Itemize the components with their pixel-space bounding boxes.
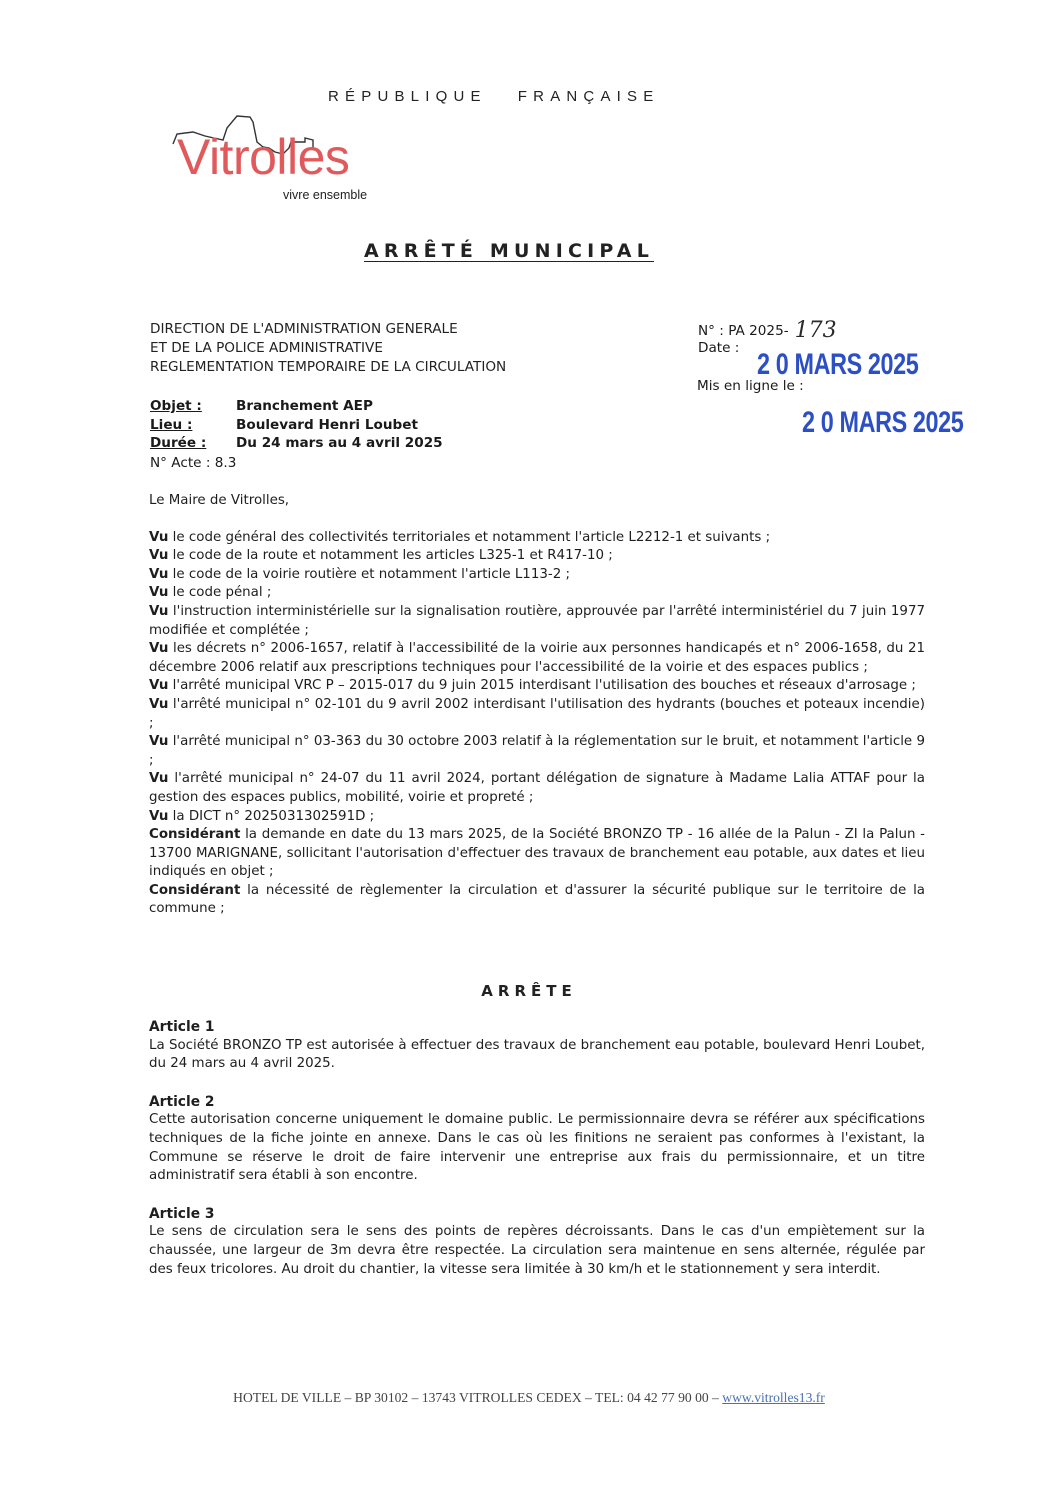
article-title: Article 2 (149, 1093, 925, 1112)
lieu-row: Lieu : Boulevard Henri Loubet (150, 416, 443, 435)
visa-lead: Vu (149, 585, 168, 600)
visa-item: Vu l'arrêté municipal n° 02-101 du 9 avr… (149, 696, 925, 733)
visa-text: l'arrêté municipal n° 24-07 du 11 avril … (149, 771, 925, 805)
acte-number: N° Acte : 8.3 (150, 455, 236, 471)
article-text: Cette autorisation concerne uniquement l… (149, 1111, 925, 1185)
visa-text: le code de la voirie routière et notamme… (168, 567, 570, 582)
salutation: Le Maire de Vitrolles, (149, 492, 925, 511)
visa-lead: Vu (149, 771, 168, 786)
arrete-number-handwritten: 173 (795, 318, 837, 343)
visa-item: Vu les décrets n° 2006-1657, relatif à l… (149, 640, 925, 677)
visa-item: Considérant la nécessité de règlementer … (149, 882, 925, 919)
mis-en-ligne-stamp: 2 0 MARS 2025 (802, 406, 963, 440)
visa-lead: Considérant (149, 883, 240, 898)
logo-tagline: vivre ensemble (283, 188, 367, 202)
objet-label: Objet : (150, 398, 202, 414)
visa-item: Vu l'arrêté municipal n° 24-07 du 11 avr… (149, 770, 925, 807)
vitrolles-logo: Vitrolles vivre ensemble (165, 112, 415, 207)
visa-item: Vu le code de la voirie routière et nota… (149, 566, 925, 585)
visas-list: Vu le code général des collectivités ter… (149, 529, 925, 919)
visa-item: Vu le code pénal ; (149, 584, 925, 603)
visa-text: les décrets n° 2006-1657, relatif à l'ac… (149, 641, 925, 675)
date-stamp: 2 0 MARS 2025 (757, 348, 918, 382)
article-title: Article 3 (149, 1205, 925, 1224)
visa-lead: Considérant (149, 827, 240, 842)
objet-value: Branchement AEP (236, 397, 373, 416)
visa-item: Vu l'arrêté municipal n° 03-363 du 30 oc… (149, 733, 925, 770)
visa-lead: Vu (149, 548, 168, 563)
objet-row: Objet : Branchement AEP (150, 397, 443, 416)
visa-lead: Vu (149, 530, 168, 545)
duree-row: Durée : Du 24 mars au 4 avril 2025 (150, 434, 443, 453)
republique-francaise-heading: RÉPUBLIQUE FRANÇAISE (328, 88, 659, 105)
direction-line: REGLEMENTATION TEMPORAIRE DE LA CIRCULAT… (150, 358, 506, 377)
visa-text: la DICT n° 2025031302591D ; (168, 809, 374, 824)
direction-line: DIRECTION DE L'ADMINISTRATION GENERALE (150, 320, 506, 339)
arrete-heading: ARRÊTE (0, 982, 1058, 1000)
visa-lead: Vu (149, 604, 168, 619)
footer: HOTEL DE VILLE – BP 30102 – 13743 VITROL… (0, 1390, 1058, 1406)
visa-lead: Vu (149, 734, 168, 749)
visa-lead: Vu (149, 567, 168, 582)
visa-item: Vu l'arrêté municipal VRC P – 2015-017 d… (149, 677, 925, 696)
article-text: Le sens de circulation sera le sens des … (149, 1223, 925, 1279)
visa-text: le code général des collectivités territ… (168, 530, 770, 545)
visa-item: Vu l'instruction interministérielle sur … (149, 603, 925, 640)
visa-lead: Vu (149, 809, 168, 824)
website-link[interactable]: www.vitrolles13.fr (722, 1390, 825, 1405)
lieu-label: Lieu : (150, 417, 192, 433)
lieu-value: Boulevard Henri Loubet (236, 416, 418, 435)
visa-text: l'arrêté municipal n° 02-101 du 9 avril … (149, 697, 925, 731)
duree-value: Du 24 mars au 4 avril 2025 (236, 434, 443, 453)
visa-text: l'instruction interministérielle sur la … (149, 604, 925, 638)
visa-item: Vu la DICT n° 2025031302591D ; (149, 808, 925, 827)
meta-block: Objet : Branchement AEP Lieu : Boulevard… (150, 397, 443, 453)
preamble: Le Maire de Vitrolles, Vu le code généra… (149, 492, 925, 919)
visa-text: l'arrêté municipal VRC P – 2015-017 du 9… (168, 678, 916, 693)
logo-wordmark: Vitrolles (177, 132, 349, 182)
visa-text: la demande en date du 13 mars 2025, de l… (149, 827, 925, 879)
visa-item: Vu le code de la route et notamment les … (149, 547, 925, 566)
arrete-number-label: N° : PA 2025- (698, 323, 789, 339)
direction-line: ET DE LA POLICE ADMINISTRATIVE (150, 339, 506, 358)
document-title: ARRÊTÉ MUNICIPAL (364, 240, 654, 262)
visa-text: la nécessité de règlementer la circulati… (149, 883, 925, 917)
visa-lead: Vu (149, 697, 168, 712)
articles-list: Article 1La Société BRONZO TP est autori… (149, 1018, 925, 1298)
date-label: Date : (698, 340, 739, 356)
article-title: Article 1 (149, 1018, 925, 1037)
footer-address: HOTEL DE VILLE – BP 30102 – 13743 VITROL… (233, 1390, 722, 1405)
visa-lead: Vu (149, 641, 168, 656)
visa-text: le code pénal ; (168, 585, 271, 600)
direction-block: DIRECTION DE L'ADMINISTRATION GENERALE E… (150, 320, 506, 377)
visa-item: Considérant la demande en date du 13 mar… (149, 826, 925, 882)
visa-lead: Vu (149, 678, 168, 693)
visa-item: Vu le code général des collectivités ter… (149, 529, 925, 548)
visa-text: le code de la route et notamment les art… (168, 548, 612, 563)
duree-label: Durée : (150, 435, 206, 451)
article-text: La Société BRONZO TP est autorisée à eff… (149, 1037, 925, 1074)
visa-text: l'arrêté municipal n° 03-363 du 30 octob… (149, 734, 925, 768)
mis-en-ligne-label: Mis en ligne le : (697, 378, 804, 394)
